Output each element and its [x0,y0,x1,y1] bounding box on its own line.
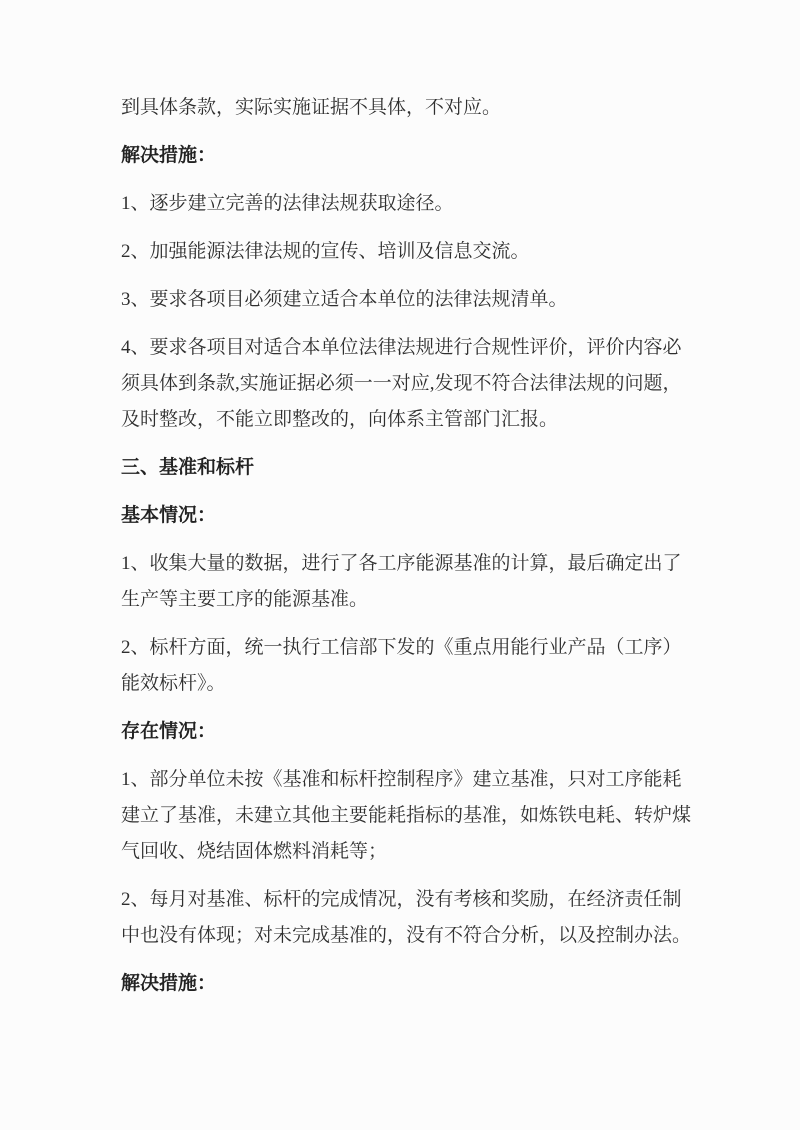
document-page: 到具体条款，实际实施证据不具体，不对应。 解决措施： 1、逐步建立完善的法律法规… [0,0,800,1130]
section-label-existing-issues: 存在情况： [121,714,696,750]
section-label-solutions-2: 解决措施： [121,966,696,1002]
solution-item-2: 2、加强能源法律法规的宣传、培训及信息交流。 [121,234,696,270]
solution-item-3: 3、要求各项目必须建立适合本单位的法律法规清单。 [121,282,696,318]
paragraph-compliance-gap: 到具体条款，实际实施证据不具体，不对应。 [121,90,696,126]
basic-situation-item-2: 2、标杆方面，统一执行工信部下发的《重点用能行业产品（工序） 能效标杆》。 [121,630,696,702]
solution-item-4: 4、要求各项目对适合本单位法律法规进行合规性评价，评价内容必 须具体到条款,实施… [121,330,696,438]
solution-item-1: 1、逐步建立完善的法律法规获取途径。 [121,186,696,222]
section-heading-benchmarks: 三、基准和标杆 [121,450,696,486]
existing-issue-item-1: 1、部分单位未按《基准和标杆控制程序》建立基准，只对工序能耗 建立了基准，未建立… [121,762,696,870]
existing-issue-item-2: 2、每月对基准、标杆的完成情况，没有考核和奖励，在经济责任制 中也没有体现；对未… [121,882,696,954]
basic-situation-item-1: 1、收集大量的数据，进行了各工序能源基准的计算，最后确定出了 生产等主要工序的能… [121,546,696,618]
section-label-basic-situation: 基本情况： [121,498,696,534]
section-label-solutions-1: 解决措施： [121,138,696,174]
